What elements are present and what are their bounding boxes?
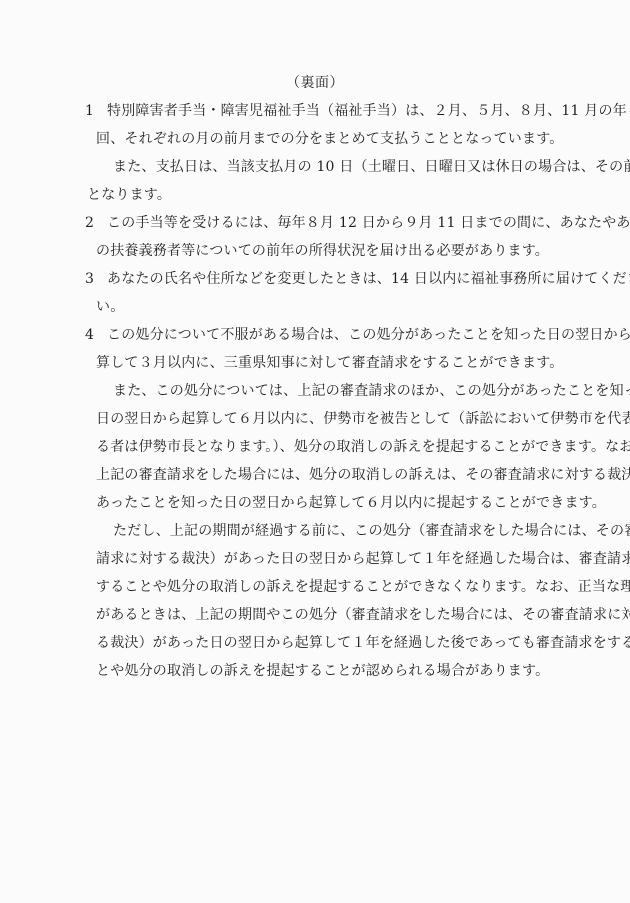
- item-number: 4: [85, 321, 107, 349]
- document-line: 3あなたの氏名や住所などを変更したときは、14 日以内に福祉事務所に届けてくださ: [0, 265, 630, 293]
- line-text: 上記の審査請求をした場合には、処分の取消しの訴えは、その審査請求に対する裁決が: [96, 467, 630, 483]
- document-line: また、この処分については、上記の審査請求のほか、この処分があったことを知った: [0, 377, 630, 405]
- item-number: 2: [85, 209, 107, 237]
- line-text: い。: [96, 299, 124, 315]
- document-line: る裁決）があった日の翌日から起算して１年を経過した後であっても審査請求をするこ: [0, 629, 630, 657]
- document-line: あったことを知った日の翌日から起算して６月以内に提起することができます。: [0, 489, 630, 517]
- document-line: 回、それぞれの月の前月までの分をまとめて支払うこととなっています。: [0, 125, 630, 153]
- line-text: あったことを知った日の翌日から起算して６月以内に提起することができます。: [96, 495, 606, 511]
- line-text: することや処分の取消しの訴えを提起することができなくなります。なお、正当な理由: [96, 579, 630, 595]
- line-text: があるときは、上記の期間やこの処分（審査請求をした場合には、その審査請求に対す: [96, 607, 630, 623]
- document-line: 4この処分について不服がある場合は、この処分があったことを知った日の翌日から起: [0, 321, 630, 349]
- line-text: 日の翌日から起算して６月以内に、伊勢市を被告として（訴訟において伊勢市を代表す: [96, 411, 630, 427]
- document-line: 算して３月以内に、三重県知事に対して審査請求をすることができます。: [0, 349, 630, 377]
- line-text: この処分について不服がある場合は、この処分があったことを知った日の翌日から起: [107, 327, 630, 343]
- document-line: 請求に対する裁決）があった日の翌日から起算して１年を経過した場合は、審査請求を: [0, 545, 630, 573]
- document-line: することや処分の取消しの訴えを提起することができなくなります。なお、正当な理由: [0, 573, 630, 601]
- document-line: となります。: [0, 181, 630, 209]
- item-number: 3: [85, 265, 107, 293]
- document-line: また、支払日は、当該支払月の 10 日（土曜日、日曜日又は休日の場合は、その前日…: [0, 153, 630, 181]
- line-text: とや処分の取消しの訴えを提起することが認められる場合があります。: [96, 663, 549, 679]
- document-line: とや処分の取消しの訴えを提起することが認められる場合があります。: [0, 657, 630, 685]
- document-line: 上記の審査請求をした場合には、処分の取消しの訴えは、その審査請求に対する裁決が: [0, 461, 630, 489]
- document-line: い。: [0, 293, 630, 321]
- line-text: 特別障害者手当・障害児福祉手当（福祉手当）は、２月、５月、８月、11 月の年４: [107, 103, 630, 119]
- line-text: この手当等を受けるには、毎年８月 12 日から９月 11 日までの間に、あなたや…: [107, 215, 630, 231]
- document-line: 日の翌日から起算して６月以内に、伊勢市を被告として（訴訟において伊勢市を代表す: [0, 405, 630, 433]
- document-line: る者は伊勢市長となります。）、処分の取消しの訴えを提起することができます。なお、: [0, 433, 630, 461]
- line-text: 請求に対する裁決）があった日の翌日から起算して１年を経過した場合は、審査請求を: [96, 551, 630, 567]
- line-text: の扶養義務者等についての前年の所得状況を届け出る必要があります。: [96, 243, 549, 259]
- document-line: 1特別障害者手当・障害児福祉手当（福祉手当）は、２月、５月、８月、11 月の年４: [0, 97, 630, 125]
- document-body: 1特別障害者手当・障害児福祉手当（福祉手当）は、２月、５月、８月、11 月の年４…: [0, 97, 630, 685]
- line-text: また、支払日は、当該支払月の 10 日（土曜日、日曜日又は休日の場合は、その前日…: [113, 159, 630, 175]
- line-text: また、この処分については、上記の審査請求のほか、この処分があったことを知った: [113, 383, 630, 399]
- document-page: （裏面） 1特別障害者手当・障害児福祉手当（福祉手当）は、２月、５月、８月、11…: [0, 0, 630, 903]
- line-text: る裁決）があった日の翌日から起算して１年を経過した後であっても審査請求をするこ: [96, 635, 630, 651]
- line-text: る者は伊勢市長となります。）、処分の取消しの訴えを提起することができます。なお、: [96, 439, 630, 455]
- line-text: あなたの氏名や住所などを変更したときは、14 日以内に福祉事務所に届けてくださ: [107, 271, 630, 287]
- document-line: の扶養義務者等についての前年の所得状況を届け出る必要があります。: [0, 237, 630, 265]
- line-text: となります。: [87, 187, 171, 203]
- line-text: 算して３月以内に、三重県知事に対して審査請求をすることができます。: [96, 355, 563, 371]
- document-line: 2この手当等を受けるには、毎年８月 12 日から９月 11 日までの間に、あなた…: [0, 209, 630, 237]
- item-number: 1: [85, 97, 107, 125]
- document-line: があるときは、上記の期間やこの処分（審査請求をした場合には、その審査請求に対す: [0, 601, 630, 629]
- document-line: ただし、上記の期間が経過する前に、この処分（審査請求をした場合には、その審査: [0, 517, 630, 545]
- line-text: 回、それぞれの月の前月までの分をまとめて支払うこととなっています。: [96, 131, 563, 147]
- line-text: ただし、上記の期間が経過する前に、この処分（審査請求をした場合には、その審査: [113, 523, 630, 539]
- page-title: （裏面）: [0, 69, 630, 97]
